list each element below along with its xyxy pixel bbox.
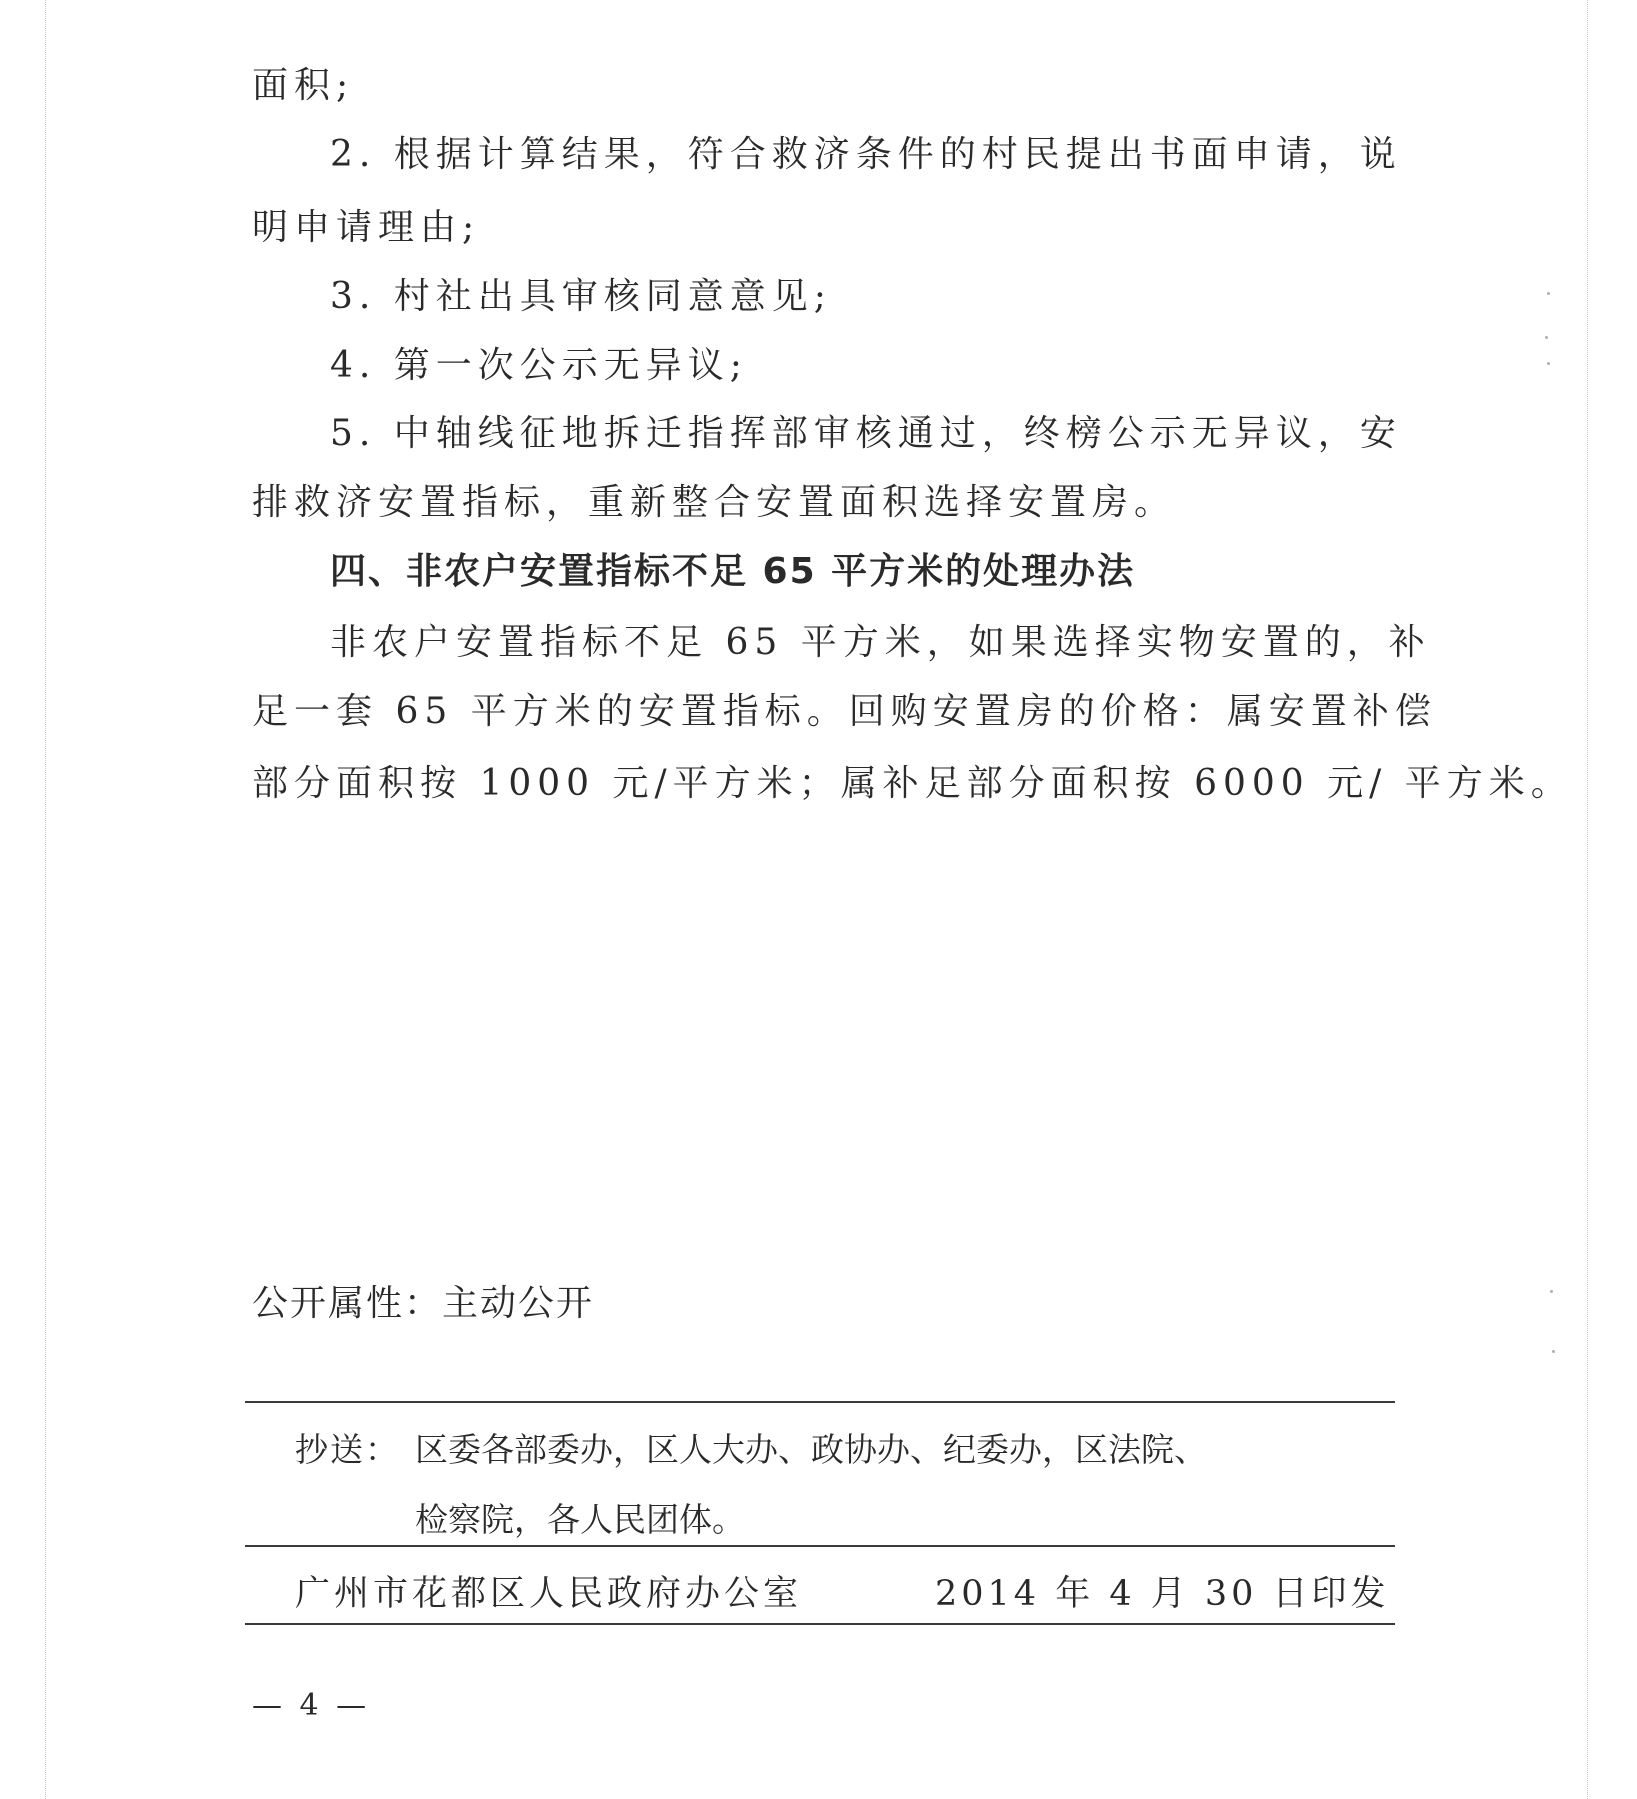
scan-edge-right: [1587, 0, 1589, 1799]
issuer: 广州市花都区人民政府办公室: [295, 1572, 802, 1616]
body-line-2: 2. 根据计算结果，符合救济条件的村民提出书面申请，说: [330, 133, 1390, 177]
body-line-1: 面积;: [252, 64, 1390, 108]
list-item-5: 5. 中轴线征地拆迁指挥部审核通过，终榜公示无异议，安: [330, 412, 1390, 456]
divider-middle: [245, 1545, 1395, 1547]
body-line-10: 足一套 65 平方米的安置指标。回购安置房的价格：属安置补偿: [252, 690, 1390, 734]
scan-speck: [1547, 362, 1550, 365]
list-item-4: 4. 第一次公示无异议;: [330, 344, 1390, 388]
body-line-3: 明申请理由;: [252, 206, 1390, 250]
scan-speck: [1552, 1350, 1555, 1353]
cc-recipients-2: 检察院，各人民团体。: [415, 1498, 745, 1542]
scan-speck: [1545, 336, 1548, 339]
divider-top: [245, 1401, 1395, 1403]
scan-speck: [1550, 1290, 1553, 1293]
cc-recipients-1: 区委各部委办，区人大办、政协办、纪委办，区法院、: [415, 1430, 1207, 1469]
scan-speck: [1547, 292, 1550, 295]
cc-label: 抄送：: [295, 1428, 415, 1472]
scan-edge-left: [45, 0, 47, 1799]
body-line-9: 非农户安置指标不足 65 平方米，如果选择实物安置的，补: [330, 621, 1390, 665]
section-heading: 四、非农户安置指标不足 65 平方米的处理办法: [330, 550, 1390, 594]
page-number: — 4 —: [252, 1684, 370, 1728]
body-line-11: 部分面积按 1000 元/平方米；属补足部分面积按 6000 元/ 平方米。: [252, 762, 1390, 806]
disclosure-attribute: 公开属性：主动公开: [252, 1282, 594, 1326]
cc-line-1: 抄送：区委各部委办，区人大办、政协办、纪委办，区法院、: [295, 1428, 1207, 1472]
list-item-3: 3. 村社出具审核同意意见;: [330, 275, 1390, 319]
body-line-7: 排救济安置指标，重新整合安置面积选择安置房。: [252, 481, 1390, 525]
divider-bottom: [245, 1623, 1395, 1625]
issue-date: 2014 年 4 月 30 日印发: [935, 1572, 1390, 1616]
